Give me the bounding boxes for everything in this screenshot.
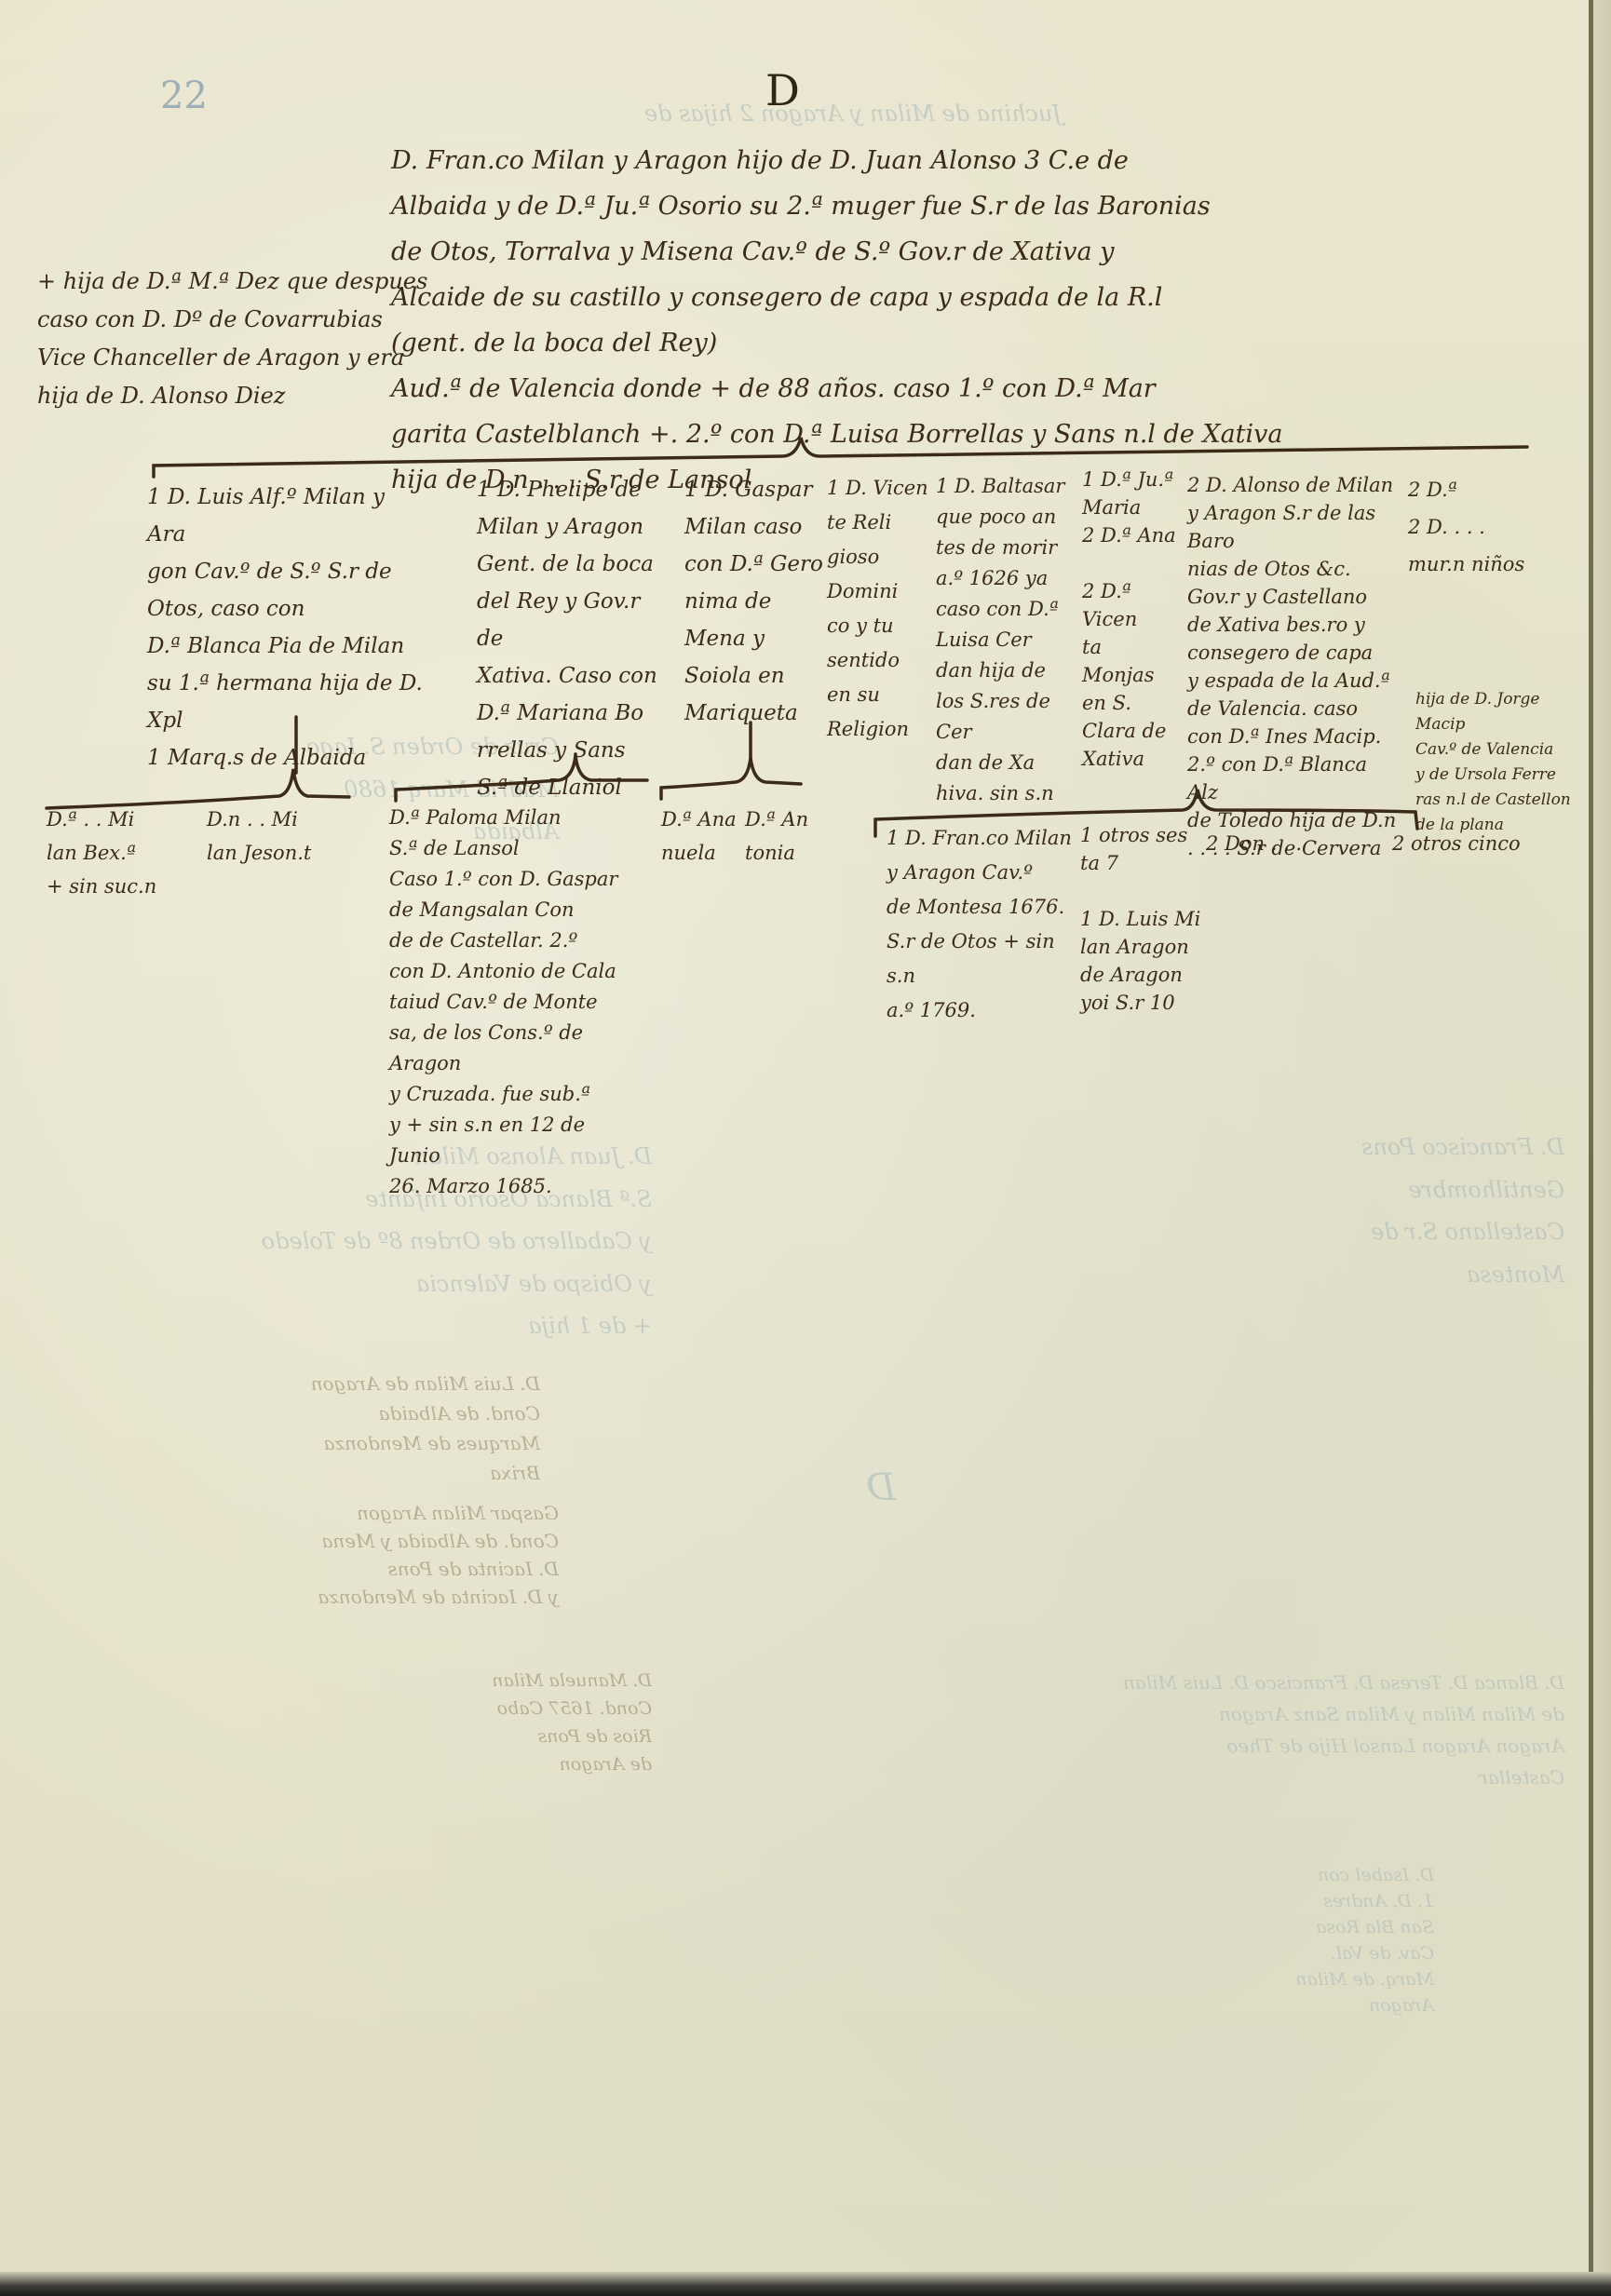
tree-node-child-b: D.n . . Mi lan Jeson.t	[207, 803, 337, 870]
tree-node-juana: 1 D.ª Ju.ª Maria 2 D.ª Ana 2 D.ª Vicen t…	[1082, 466, 1185, 773]
tree-node-paloma: D.ª Paloma Milan S.ª de Lansol Caso 1.º …	[389, 803, 631, 1202]
tree-node-gaspar: 1 D. Gaspar Milan caso con D.ª Gero nima…	[684, 471, 824, 732]
tree-node-vicente: 1 D. Vicen te Reli gioso Domini co y tu …	[827, 471, 939, 747]
tree-node-otros-cinco: 2 otros cinco	[1392, 827, 1560, 861]
tree-node-baltasar: 1 D. Baltasar que poco an tes de morir a…	[936, 471, 1066, 809]
tree-node-child-a: D.ª . . Mi lan Bex.ª + sin suc.n	[47, 803, 177, 903]
tree-node-alfonso: 1 D. Luis Alf.º Milan y Ara gon Cav.º de…	[147, 479, 426, 777]
tree-node-fran-co: 1 D. Fran.co Milan y Aragon Cav.º de Mon…	[887, 821, 1082, 1028]
tree-node-alonso: 2 D. Alonso de Milan y Aragon S.r de las…	[1187, 471, 1401, 862]
tree-node-don: 2 Don . . .	[1206, 827, 1346, 861]
tree-node-antonia: D.ª An tonia	[745, 803, 829, 870]
tree-note-alonso-wife: hija de D. Jorge Macip Cav.º de Valencia…	[1415, 687, 1574, 838]
tree-node-ana: D.ª Ana nuela	[661, 803, 745, 870]
tree-node-otros: 1 otros ses ta 7 1 D. Luis Mi lan Aragon…	[1080, 821, 1201, 1017]
tree-node-phelipe: 1 D. Phelipe de Milan y Aragon Gent. de …	[477, 471, 672, 806]
tree-node-d2: 2 D.ª 2 D. . . . mur.n niños	[1408, 471, 1566, 583]
family-tree-lines	[0, 0, 1611, 2296]
